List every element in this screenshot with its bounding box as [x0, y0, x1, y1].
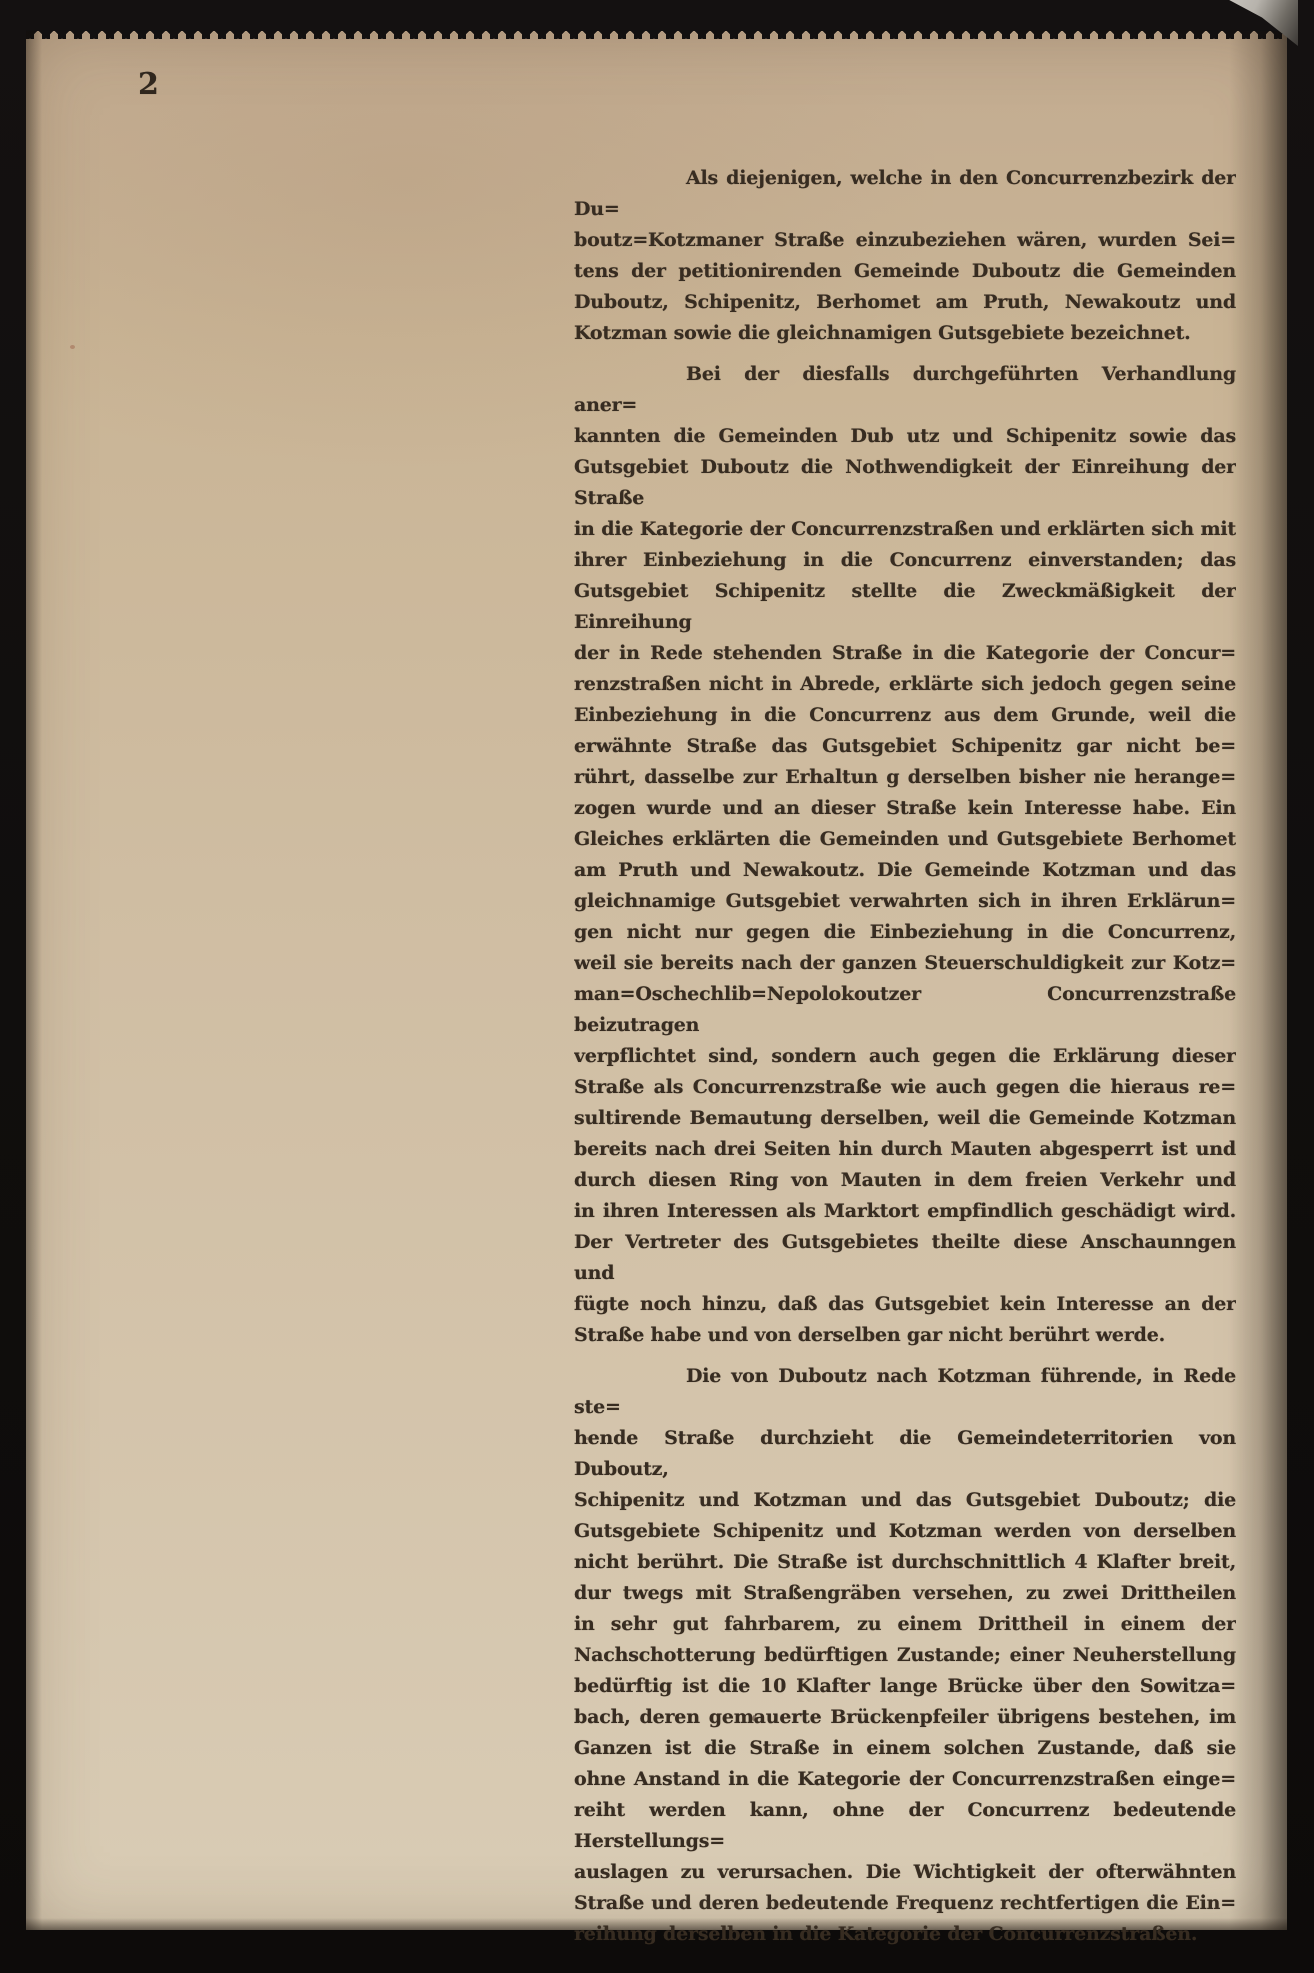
- text-line: Der Vertreter des Gutsgebietes theilte d…: [574, 1227, 1236, 1289]
- text-block: Als diejenigen, welche in den Concurrenz…: [574, 163, 1236, 1960]
- left-edge-shadow: [26, 31, 42, 1930]
- text-line: Straße habe und von derselben gar nicht …: [574, 1320, 1236, 1351]
- text-line: auslagen zu verursachen. Die Wichtigkeit…: [574, 1857, 1236, 1888]
- text-line: durch diesen Ring von Mauten in dem frei…: [574, 1165, 1236, 1196]
- ink-speck: [70, 345, 75, 349]
- text-line: boutz=Kotzmaner Straße einzubeziehen wär…: [574, 225, 1236, 256]
- text-line: erwähnte Straße das Gutsgebiet Schipenit…: [574, 731, 1236, 762]
- text-line: bedürftig ist die 10 Klafter lange Brück…: [574, 1671, 1236, 1702]
- text-line: rührt, dasselbe zur Erhaltun g derselben…: [574, 762, 1236, 793]
- text-line: Bei der diesfalls durchgeführten Verhand…: [574, 359, 1236, 421]
- text-line: Schipenitz und Kotzman und das Gutsgebie…: [574, 1485, 1236, 1516]
- text-line: Einbeziehung in die Concurrenz aus dem G…: [574, 700, 1236, 731]
- paragraph: Als diejenigen, welche in den Concurrenz…: [574, 163, 1236, 349]
- text-line: zogen wurde und an dieser Straße kein In…: [574, 793, 1236, 824]
- text-line: bach, deren gemauerte Brückenpfeiler übr…: [574, 1702, 1236, 1733]
- text-line: in sehr gut fahrbarem, zu einem Dritthei…: [574, 1609, 1236, 1640]
- text-line: in ihren Interessen als Marktort empfind…: [574, 1196, 1236, 1227]
- text-line: Nachschotterung bedürftigen Zustande; ei…: [574, 1640, 1236, 1671]
- text-line: tens der petitionirenden Gemeinde Dubout…: [574, 256, 1236, 287]
- text-line: ihrer Einbeziehung in die Concurrenz ein…: [574, 545, 1236, 576]
- book-page: 2 Als diejenigen, welche in den Concurre…: [26, 31, 1287, 1930]
- text-line: hende Straße durchzieht die Gemeindeterr…: [574, 1423, 1236, 1485]
- text-line: Die von Duboutz nach Kotzman führende, i…: [574, 1361, 1236, 1423]
- text-line: Duboutz, Schipenitz, Berhomet am Pruth, …: [574, 287, 1236, 318]
- text-line: der in Rede stehenden Straße in die Kate…: [574, 638, 1236, 669]
- paragraph: Bei der diesfalls durchgeführten Verhand…: [574, 359, 1236, 1351]
- deckle-edge: [26, 30, 1287, 39]
- text-line: nicht berührt. Die Straße ist durchschni…: [574, 1547, 1236, 1578]
- text-line: man=Oschechlib=Nepolokoutzer Concurrenzs…: [574, 979, 1236, 1041]
- page-number: 2: [138, 67, 159, 102]
- text-line: Als diejenigen, welche in den Concurrenz…: [574, 163, 1236, 225]
- text-line: dur twegs mit Straßengräben versehen, zu…: [574, 1578, 1236, 1609]
- text-line: sultirende Bemautung derselben, weil die…: [574, 1103, 1236, 1134]
- text-line: Straße und deren bedeutende Frequenz rec…: [574, 1888, 1236, 1919]
- text-line: am Pruth und Newakoutz. Die Gemeinde Kot…: [574, 855, 1236, 886]
- text-line: Gutsgebiete Schipenitz und Kotzman werde…: [574, 1516, 1236, 1547]
- ink-speck: [586, 1437, 589, 1440]
- text-line: in die Kategorie der Concurrenzstraßen u…: [574, 514, 1236, 545]
- text-line: verpflichtet sind, sondern auch gegen di…: [574, 1041, 1236, 1072]
- text-line: Gleiches erklärten die Gemeinden und Gut…: [574, 824, 1236, 855]
- text-line: reiht werden kann, ohne der Concurrenz b…: [574, 1795, 1236, 1857]
- text-line: bereits nach drei Seiten hin durch Maute…: [574, 1134, 1236, 1165]
- text-line: renzstraßen nicht in Abrede, erklärte si…: [574, 669, 1236, 700]
- paragraph: Die von Duboutz nach Kotzman führende, i…: [574, 1361, 1236, 1950]
- text-line: fügte noch hinzu, daß das Gutsgebiet kei…: [574, 1289, 1236, 1320]
- text-line: gen nicht nur gegen die Einbeziehung in …: [574, 917, 1236, 948]
- text-line: Gutsgebiet Duboutz die Nothwendigkeit de…: [574, 452, 1236, 514]
- text-line: Kotzman sowie die gleichnamigen Gutsgebi…: [574, 318, 1236, 349]
- text-line: reihung derselben in die Kategorie der C…: [574, 1919, 1236, 1950]
- text-line: gleichnamige Gutsgebiet verwahrten sich …: [574, 886, 1236, 917]
- text-line: kannten die Gemeinden Dub utz und Schipe…: [574, 421, 1236, 452]
- text-line: Straße als Concurrenzstraße wie auch geg…: [574, 1072, 1236, 1103]
- text-line: Ganzen ist die Straße in einem solchen Z…: [574, 1733, 1236, 1764]
- gutter-shadow: [1229, 31, 1287, 1930]
- text-line: ohne Anstand in die Kategorie der Concur…: [574, 1764, 1236, 1795]
- text-line: weil sie bereits nach der ganzen Steuers…: [574, 948, 1236, 979]
- text-line: Gutsgebiet Schipenitz stellte die Zweckm…: [574, 576, 1236, 638]
